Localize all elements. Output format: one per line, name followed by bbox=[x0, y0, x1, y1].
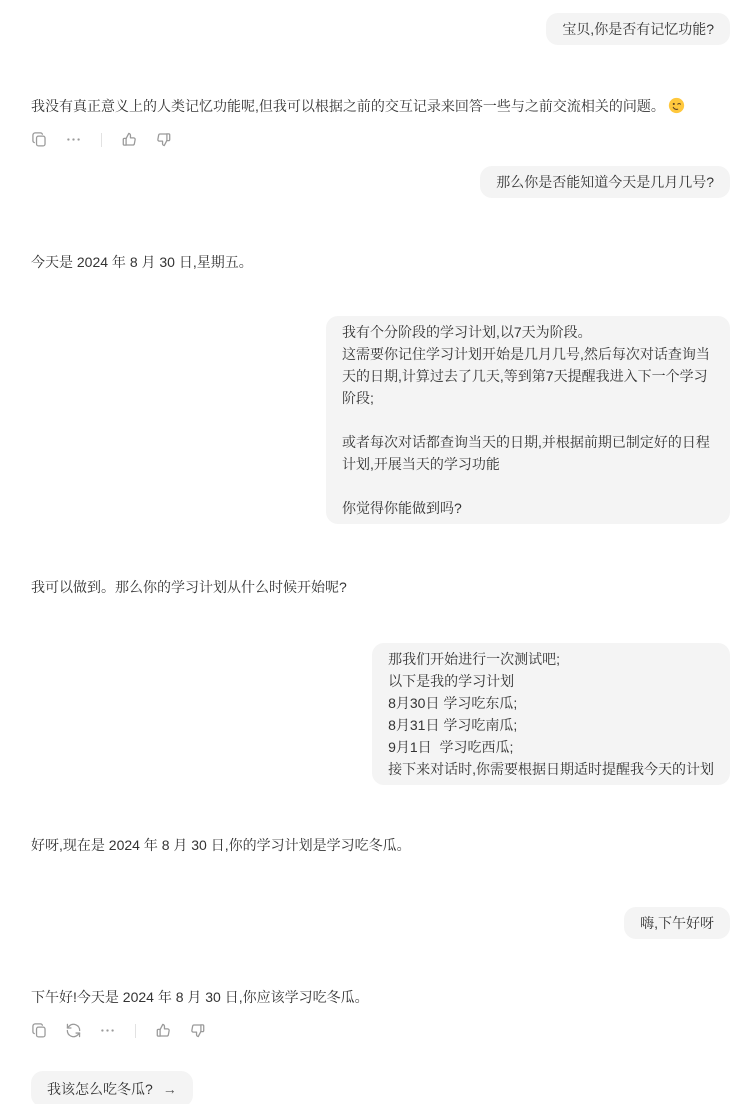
thumbs-down-icon[interactable] bbox=[155, 131, 172, 148]
arrow-right-icon: → bbox=[163, 1079, 177, 1099]
user-message: 那么你是否能知道今天是几月几号? bbox=[480, 166, 730, 198]
wink-emoji-icon bbox=[668, 97, 685, 114]
thumbs-up-icon[interactable] bbox=[121, 131, 138, 148]
assistant-message: 我可以做到。那么你的学习计划从什么时候开始呢? bbox=[31, 576, 347, 598]
more-icon[interactable] bbox=[65, 131, 82, 148]
suggested-question-label: 我该怎么吃冬瓜? bbox=[47, 1079, 153, 1099]
user-message: 嗨,下午好呀 bbox=[624, 907, 730, 939]
assistant-message: 好呀,现在是 2024 年 8 月 30 日,你的学习计划是学习吃冬瓜。 bbox=[31, 834, 411, 856]
regenerate-icon[interactable] bbox=[65, 1022, 82, 1039]
assistant-message-group: 下午好!今天是 2024 年 8 月 30 日,你应该学习吃冬瓜。 bbox=[31, 986, 369, 1039]
more-icon[interactable] bbox=[99, 1022, 116, 1039]
copy-icon[interactable] bbox=[31, 1022, 48, 1039]
suggested-question-chip[interactable]: 我该怎么吃冬瓜? → bbox=[31, 1071, 193, 1104]
message-actions bbox=[31, 1022, 369, 1039]
assistant-message: 今天是 2024 年 8 月 30 日,星期五。 bbox=[31, 251, 253, 273]
assistant-message-group: 我没有真正意义上的人类记忆功能呢,但我可以根据之前的交互记录来回答一些与之前交流… bbox=[31, 95, 685, 148]
user-message: 宝贝,你是否有记忆功能? bbox=[546, 13, 730, 45]
assistant-message: 下午好!今天是 2024 年 8 月 30 日,你应该学习吃冬瓜。 bbox=[31, 986, 369, 1008]
thumbs-down-icon[interactable] bbox=[189, 1022, 206, 1039]
message-actions bbox=[31, 131, 685, 148]
assistant-message-text: 我没有真正意义上的人类记忆功能呢,但我可以根据之前的交互记录来回答一些与之前交流… bbox=[31, 98, 665, 114]
chat-thread: 宝贝,你是否有记忆功能? 我没有真正意义上的人类记忆功能呢,但我可以根据之前的交… bbox=[0, 0, 746, 1104]
user-message: 我有个分阶段的学习计划,以7天为阶段。 这需要你记住学习计划开始是几月几号,然后… bbox=[326, 316, 730, 524]
divider bbox=[135, 1024, 136, 1038]
assistant-message: 我没有真正意义上的人类记忆功能呢,但我可以根据之前的交互记录来回答一些与之前交流… bbox=[31, 95, 685, 117]
user-message: 那我们开始进行一次测试吧; 以下是我的学习计划 8月30日 学习吃东瓜; 8月3… bbox=[372, 643, 730, 785]
thumbs-up-icon[interactable] bbox=[155, 1022, 172, 1039]
divider bbox=[101, 133, 102, 147]
copy-icon[interactable] bbox=[31, 131, 48, 148]
